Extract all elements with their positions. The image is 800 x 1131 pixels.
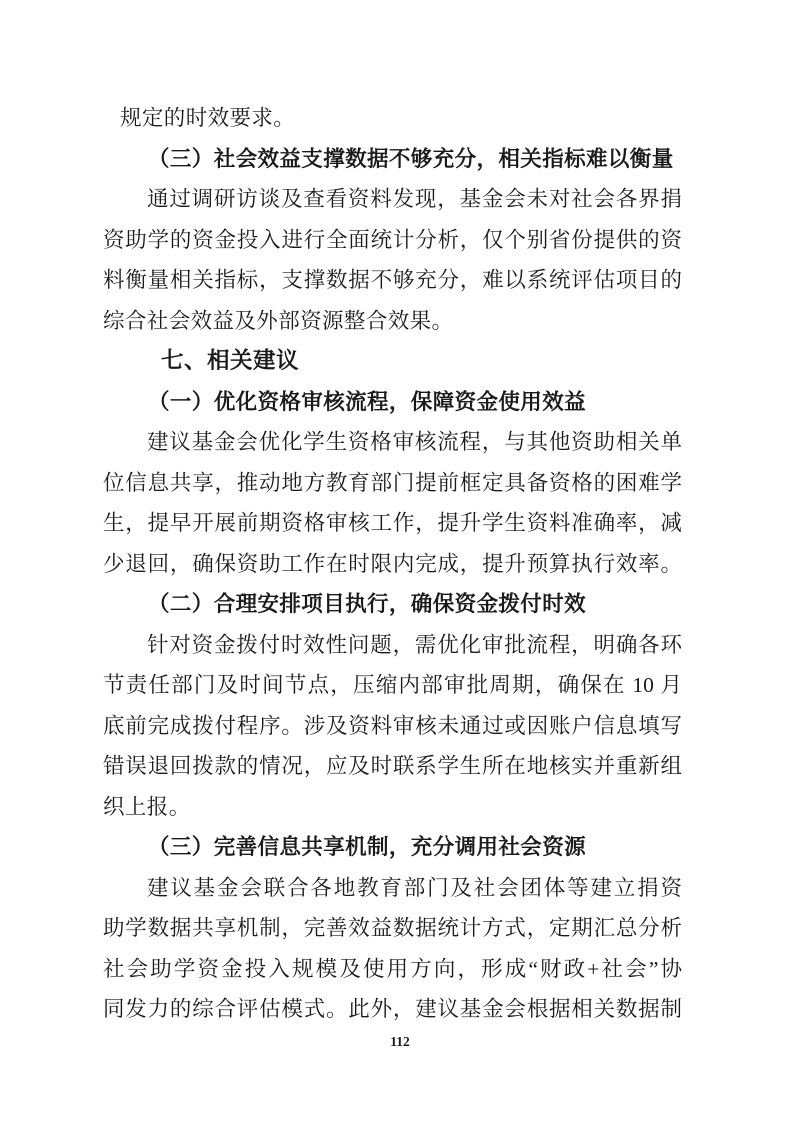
body-text-line: 生，提早开展前期资格审核工作，提升学生资料准确率，减: [103, 503, 682, 544]
body-text-line: 综合社会效益及外部资源整合效果。: [103, 301, 682, 342]
body-text-line: 料衡量相关指标，支撑数据不够充分，难以系统评估项目的: [103, 260, 682, 301]
body-text-line: 助学数据共享机制，完善效益数据统计方式，定期汇总分析: [103, 908, 682, 949]
body-text-line: 节责任部门及时间节点，压缩内部审批周期，确保在 10 月: [103, 665, 682, 706]
section-heading: 七、相关建议: [103, 341, 682, 382]
body-text-line: 建议基金会联合各地教育部门及社会团体等建立捐资: [103, 868, 682, 909]
body-text-line: 织上报。: [103, 787, 682, 828]
subsection-heading: （二）合理安排项目执行，确保资金拨付时效: [103, 584, 682, 625]
page-number: 112: [0, 1031, 800, 1053]
body-text-line: 针对资金拨付时效性问题，需优化审批流程，明确各环: [103, 625, 682, 666]
subsection-heading: （三）完善信息共享机制，充分调用社会资源: [103, 827, 682, 868]
subsection-heading: （一）优化资格审核流程，保障资金使用效益: [103, 382, 682, 423]
body-text-line: 资助学的资金投入进行全面统计分析，仅个别省份提供的资: [103, 220, 682, 261]
body-text-line: 规定的时效要求。: [103, 98, 682, 139]
document-page: 规定的时效要求。（三）社会效益支撑数据不够充分，相关指标难以衡量通过调研访谈及查…: [0, 0, 800, 1131]
document-body: 规定的时效要求。（三）社会效益支撑数据不够充分，相关指标难以衡量通过调研访谈及查…: [103, 98, 682, 1030]
body-text-line: 少退回，确保资助工作在时限内完成，提升预算执行效率。: [103, 544, 682, 585]
body-text-line: 错误退回拨款的情况，应及时联系学生所在地核实并重新组: [103, 746, 682, 787]
body-text-line: 位信息共享，推动地方教育部门提前框定具备资格的困难学: [103, 463, 682, 504]
subsection-heading: （三）社会效益支撑数据不够充分，相关指标难以衡量: [103, 139, 682, 180]
body-text-line: 建议基金会优化学生资格审核流程，与其他资助相关单: [103, 422, 682, 463]
body-text-line: 同发力的综合评估模式。此外，建议基金会根据相关数据制: [103, 989, 682, 1030]
body-text-line: 底前完成拨付程序。涉及资料审核未通过或因账户信息填写: [103, 706, 682, 747]
body-text-line: 社会助学资金投入规模及使用方向，形成“财政+社会”协: [103, 949, 682, 990]
body-text-line: 通过调研访谈及查看资料发现，基金会未对社会各界捐: [103, 179, 682, 220]
